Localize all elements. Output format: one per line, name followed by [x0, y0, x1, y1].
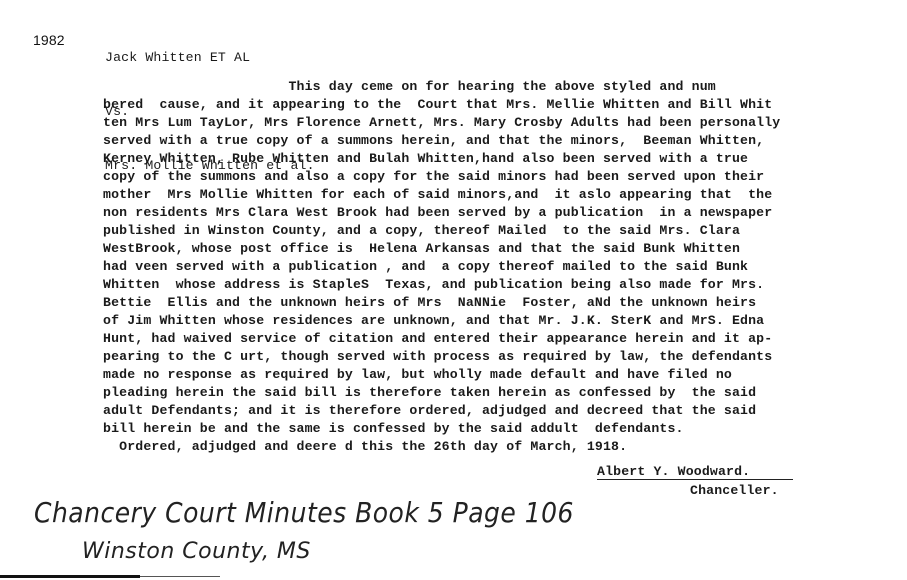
handwritten-source-note: Chancery Court Minutes Book 5 Page 106 [34, 497, 574, 529]
caption-plaintiff: Jack Whitten ET AL [105, 49, 315, 67]
decree-line: Ordered, adjudged and deere d this the 2… [103, 438, 780, 456]
decree-line: had veen served with a publication , and… [103, 258, 780, 276]
decree-line: Bettie Ellis and the unknown heirs of Mr… [103, 294, 780, 312]
decree-line: bill herein be and the same is confessed… [103, 420, 780, 438]
decree-line: copy of the summons and also a copy for … [103, 168, 780, 186]
decree-line: non residents Mrs Clara West Brook had b… [103, 204, 780, 222]
decree-line: Kerney Whitten, Rube Whitten and Bulah W… [103, 150, 780, 168]
decree-line: WestBrook, whose post office is Helena A… [103, 240, 780, 258]
decree-line: served with a true copy of a summons her… [103, 132, 780, 150]
decree-line: made no response as required by law, but… [103, 366, 780, 384]
decree-line: of Jim Whitten whose residences are unkn… [103, 312, 780, 330]
scan-edge-mark-faint [140, 576, 220, 577]
decree-line: This day ceme on for hearing the above s… [103, 78, 780, 96]
handwritten-county-note: Winston County, MS [82, 539, 311, 564]
scanned-court-document: 1982 Jack Whitten ET AL Vs. Mrs. Mollie … [0, 0, 907, 580]
signature-line [597, 479, 793, 480]
decree-line: pleading herein the said bill is therefo… [103, 384, 780, 402]
case-number: 1982 [33, 31, 65, 49]
decree-line: Whitten whose address is StapleS Texas, … [103, 276, 780, 294]
decree-line: Hunt, had waived service of citation and… [103, 330, 780, 348]
scan-edge-mark [0, 575, 140, 578]
decree-line: ten Mrs Lum TayLor, Mrs Florence Arnett,… [103, 114, 780, 132]
decree-body: This day ceme on for hearing the above s… [103, 78, 780, 456]
decree-line: bered cause, and it appearing to the Cou… [103, 96, 780, 114]
decree-line: adult Defendants; and it is therefore or… [103, 402, 780, 420]
decree-line: mother Mrs Mollie Whitten for each of sa… [103, 186, 780, 204]
signature-title: Chanceller. [690, 482, 779, 500]
decree-line: published in Winston County, and a copy,… [103, 222, 780, 240]
decree-line: pearing to the C urt, though served with… [103, 348, 780, 366]
